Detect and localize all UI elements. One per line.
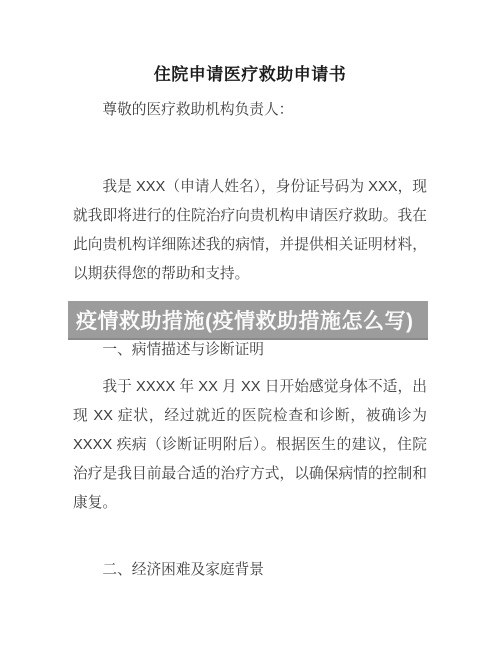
- illness-description-paragraph: 我于 XXXX 年 XX 月 XX 日开始感觉身体不适，出现 XX 症状，经过就…: [73, 373, 427, 518]
- section-heading-economic: 二、经济困难及家庭背景: [73, 556, 427, 585]
- intro-paragraph: 我是 XXX（申请人姓名），身份证号码为 XXX，现就我即将进行的住院治疗向贵机…: [73, 173, 427, 289]
- section-heading-illness: 一、病情描述与诊断证明: [73, 336, 427, 365]
- overlay-title-banner: 疫情救助措施(疫情救助措施怎么写): [68, 301, 428, 340]
- salutation-line: 尊敬的医疗救助机构负责人：: [73, 96, 427, 125]
- document-page: 住院申请医疗救助申请书 尊敬的医疗救助机构负责人： 我是 XXX（申请人姓名），…: [0, 0, 500, 647]
- document-title: 住院申请医疗救助申请书: [0, 60, 500, 89]
- overlay-title-text: 疫情救助措施(疫情救助措施怎么写): [68, 305, 414, 335]
